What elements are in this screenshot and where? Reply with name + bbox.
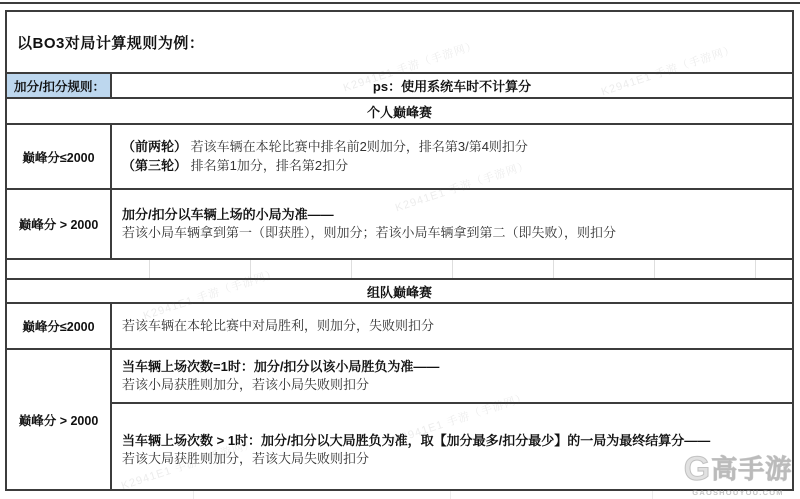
gridline — [553, 260, 554, 278]
top-divider-line — [0, 2, 800, 4]
table-row-rule-header: 加分/扣分规则： ps：使用系统车时不计算分 — [7, 74, 792, 99]
section-header-label: 组队巅峰赛 — [367, 282, 432, 301]
gridline — [149, 260, 150, 278]
gridline — [193, 491, 194, 499]
table-row-span: 巅峰分 > 2000 当车辆上场次数=1时：加分/扣分以该小局胜负为准—— 若该… — [7, 350, 792, 489]
gridline — [250, 260, 251, 278]
rule-body-cell: （前两轮） 若该车辆在本轮比赛中排名前2则加分，排名第3/第4则扣分 （第三轮）… — [112, 125, 792, 188]
section-header-label: 个人巅峰赛 — [367, 102, 432, 121]
section-header-team: 组队巅峰赛 — [7, 280, 792, 304]
sub-rows-column: 当车辆上场次数=1时：加分/扣分以该小局胜负为准—— 若该小局获胜则加分，若该小… — [112, 350, 792, 489]
table-row: 巅峰分 > 2000 加分/扣分以车辆上场的小局为准—— 若该小局车辆拿到第一（… — [7, 190, 792, 260]
table-row-empty — [7, 260, 792, 280]
rule-line: 若该车辆在本轮比赛中对局胜利，则加分，失败则扣分 — [122, 317, 780, 335]
section-header-personal: 个人巅峰赛 — [7, 99, 792, 125]
below-table-strip — [5, 491, 794, 499]
sub-row: 当车辆上场次数 > 1时：加分/扣分以大局胜负为准，取【加分最多/扣分最少】的一… — [112, 404, 792, 489]
table-row-title: 以BO3对局计算规则为例： — [7, 12, 792, 74]
table-row: 巅峰分≤2000 若该车辆在本轮比赛中对局胜利，则加分，失败则扣分 — [7, 304, 792, 350]
rule-label-cell: 加分/扣分规则： — [7, 74, 112, 97]
gridline — [452, 260, 453, 278]
rule-line: 若该小局车辆拿到第一（即获胜），则加分；若该小局车辆拿到第二（即失败），则扣分 — [122, 224, 780, 242]
rule-line: 当车辆上场次数=1时：加分/扣分以该小局胜负为准—— — [122, 358, 780, 376]
score-label-cell: 巅峰分≤2000 — [7, 304, 112, 348]
score-label-cell: 巅峰分 > 2000 — [7, 190, 112, 258]
gridline — [652, 491, 653, 499]
sub-row: 当车辆上场次数=1时：加分/扣分以该小局胜负为准—— 若该小局获胜则加分，若该小… — [112, 350, 792, 404]
rule-note-cell: ps：使用系统车时不计算分 — [112, 74, 792, 97]
rule-line: 加分/扣分以车辆上场的小局为准—— — [122, 206, 780, 224]
gridline — [755, 260, 756, 278]
rule-line: （前两轮） 若该车辆在本轮比赛中排名前2则加分，排名第3/第4则扣分 — [122, 138, 780, 156]
page: K2941E1 手游（手游网） K2941E1 手游（手游网） K2941E1 … — [0, 0, 800, 499]
rule-line: 若该小局获胜则加分，若该小局失败则扣分 — [122, 376, 780, 394]
score-label-cell: 巅峰分 > 2000 — [7, 350, 112, 489]
rule-body-cell: 加分/扣分以车辆上场的小局为准—— 若该小局车辆拿到第一（即获胜），则加分；若该… — [112, 190, 792, 258]
page-title: 以BO3对局计算规则为例： — [7, 32, 204, 53]
score-label-cell: 巅峰分≤2000 — [7, 125, 112, 188]
table-row: 巅峰分≤2000 （前两轮） 若该车辆在本轮比赛中排名前2则加分，排名第3/第4… — [7, 125, 792, 190]
rule-body-cell: 若该车辆在本轮比赛中对局胜利，则加分，失败则扣分 — [112, 304, 792, 348]
gridline — [450, 491, 451, 499]
rule-line: 若该大局获胜则加分，若该大局失败则扣分 — [122, 450, 780, 468]
gridline — [351, 260, 352, 278]
rule-line: （第三轮） 排名第1加分，排名第2扣分 — [122, 157, 780, 175]
rule-line: 当车辆上场次数 > 1时：加分/扣分以大局胜负为准，取【加分最多/扣分最少】的一… — [122, 432, 780, 450]
rules-table: 以BO3对局计算规则为例： 加分/扣分规则： ps：使用系统车时不计算分 个人巅… — [5, 10, 794, 491]
gridline — [654, 260, 655, 278]
